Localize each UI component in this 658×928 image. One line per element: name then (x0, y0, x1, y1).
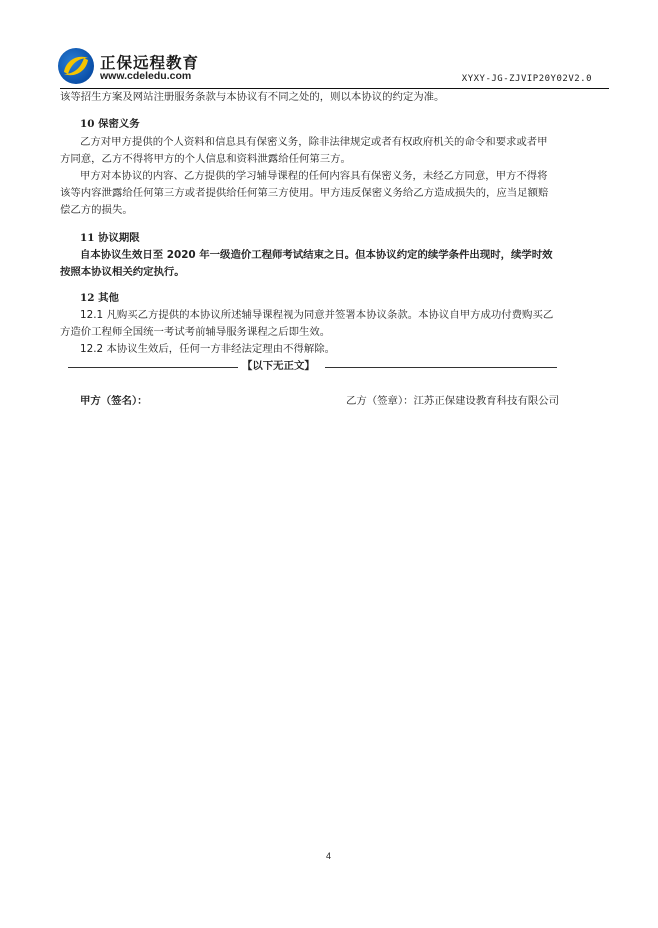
paragraph-line: 12.2 本协议生效后，任何一方非经法定理由不得解除。 (80, 343, 335, 356)
divider-left (68, 367, 238, 368)
paragraph-line: 自本协议生效日至 2020 年一级造价工程师考试结束之日。但本协议约定的续学条件… (80, 249, 553, 262)
party-b-signature: 乙方（签章）：江苏正保建设教育科技有限公司 (346, 395, 559, 408)
paragraph-line: 12.1 凡购买乙方提供的本协议所述辅导课程视为同意并签署本协议条款。本协议自甲… (80, 309, 553, 322)
document-code: XYXY-JG-ZJVIP20Y02V2.0 (462, 74, 592, 84)
page-number: 4 (326, 851, 331, 861)
intro-text: 该等招生方案及网站注册服务条款与本协议有不同之处的，则以本协议的约定为准。 (60, 91, 444, 104)
divider-right (325, 367, 557, 368)
paragraph-line: 按照本协议相关约定执行。 (60, 266, 185, 279)
paragraph-line: 该等内容泄露给任何第三方或者提供给任何第三方使用。甲方违反保密义务给乙方造成损失… (60, 187, 548, 200)
cdeledu-logo-icon (58, 48, 94, 84)
paragraph-line: 方造价工程师全国统一考试考前辅导服务课程之后即生效。 (60, 326, 330, 339)
paragraph-line: 方同意，乙方不得将甲方的个人信息和资料泄露给任何第三方。 (60, 153, 351, 166)
party-a-signature: 甲方（签名）： (80, 395, 148, 408)
section-heading-confidentiality: 10 保密义务 (80, 118, 140, 131)
paragraph-line: 偿乙方的损失。 (60, 204, 133, 217)
section-heading-other: 12 其他 (80, 292, 119, 305)
paragraph-line: 甲方对本协议的内容、乙方提供的学习辅导课程的任何内容具有保密义务，未经乙方同意，… (80, 170, 548, 183)
brand-url: www.cdeledu.com (100, 70, 191, 82)
header-rule (60, 88, 609, 89)
paragraph-line: 乙方对甲方提供的个人资料和信息具有保密义务，除非法律规定或者有权政府机关的命令和… (80, 136, 548, 149)
section-heading-term: 11 协议期限 (80, 232, 140, 245)
end-of-text-marker: 【以下无正文】 (242, 360, 315, 373)
